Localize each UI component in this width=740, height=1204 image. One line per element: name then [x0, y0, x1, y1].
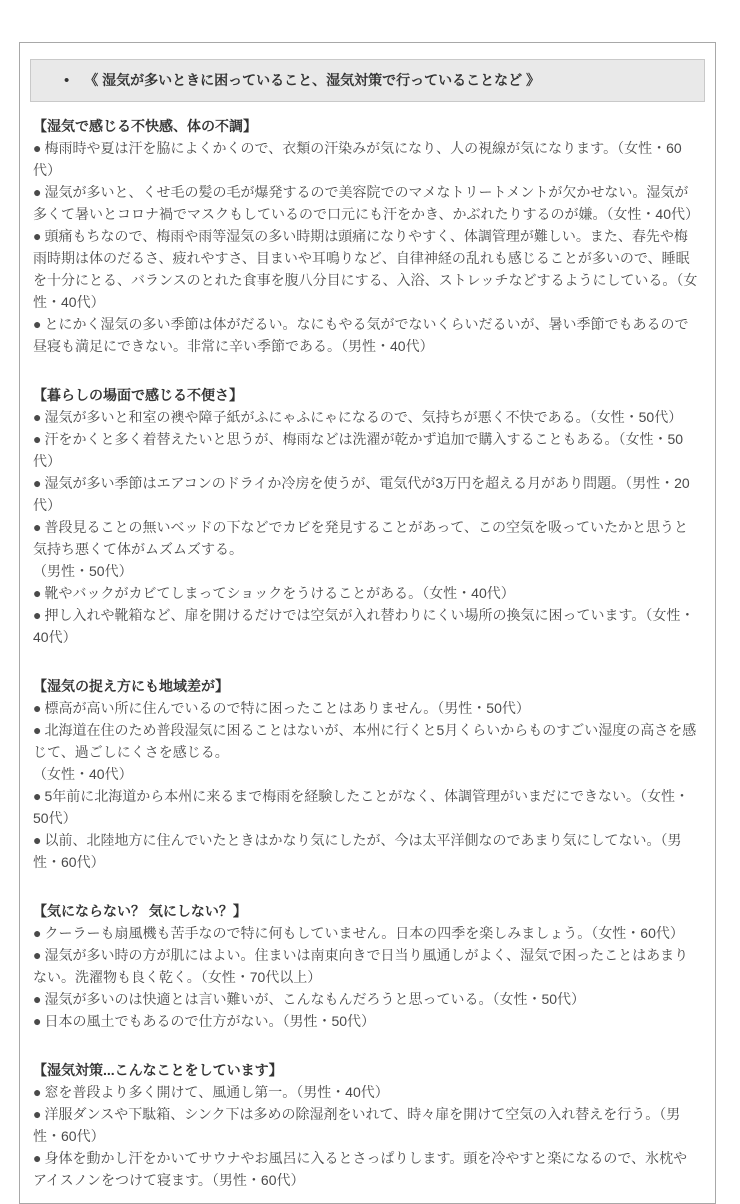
- comment-text: 汗をかくと多く着替えたいと思うが、梅雨などは洗濯が乾かず追加で購入することもある…: [33, 431, 683, 469]
- bullet-icon: ●: [33, 722, 41, 738]
- comment-text: クーラーも扇風機も苦手なので特に何もしていません。日本の四季を楽しみましょう。（…: [44, 925, 683, 941]
- section-heading: 【気にならない？ 気にしない？】: [33, 900, 701, 922]
- comment-item: ●湿気が多いと、くせ毛の髪の毛が爆発するので美容院でのマメなトリートメントが欠か…: [33, 181, 701, 225]
- comment-text: 梅雨時や夏は汗を脇によくかくので、衣類の汗染みが気になり、人の視線が気になります…: [33, 140, 682, 178]
- section-items: ●梅雨時や夏は汗を脇によくかくので、衣類の汗染みが気になり、人の視線が気になりま…: [33, 137, 701, 357]
- section-heading: 【湿気の捉え方にも地域差が】: [33, 675, 701, 697]
- bullet-icon: ●: [33, 585, 41, 601]
- comment-text: 頭痛もちなので、梅雨や雨等湿気の多い時期は頭痛になりやすく、体調管理が難しい。ま…: [33, 228, 697, 310]
- panel-title: 《 湿気が多いときに困っていること、湿気対策で行っていることなど 》: [84, 71, 540, 90]
- bullet-icon: ●: [33, 832, 41, 848]
- section-items: ●湿気が多いと和室の襖や障子紙がふにゃふにゃになるので、気持ちが悪く不快である。…: [33, 406, 701, 648]
- survey-comments-panel: • 《 湿気が多いときに困っていること、湿気対策で行っていることなど 》 【湿気…: [19, 42, 716, 1204]
- comment-item: ●クーラーも扇風機も苦手なので特に何もしていません。日本の四季を楽しみましょう。…: [33, 922, 701, 944]
- sections-container: 【湿気で感じる不快感、体の不調】 ●梅雨時や夏は汗を脇によくかくので、衣類の汗染…: [30, 102, 705, 1191]
- comment-item: ●以前、北陸地方に住んでいたときはかなり気にしたが、今は太平洋側なのであまり気に…: [33, 829, 701, 873]
- comment-text: 以前、北陸地方に住んでいたときはかなり気にしたが、今は太平洋側なのであまり気にし…: [33, 832, 681, 870]
- comment-section: 【暮らしの場面で感じる不便さ】 ●湿気が多いと和室の襖や障子紙がふにゃふにゃにな…: [33, 384, 701, 648]
- bullet-icon: ●: [33, 925, 41, 941]
- comment-text: 窓を普段より多く開けて、風通し第一。（男性・40代）: [44, 1084, 388, 1100]
- comment-text: 押し入れや靴箱など、扉を開けるだけでは空気が入れ替わりにくい場所の換気に困ってい…: [33, 607, 694, 645]
- section-heading: 【湿気で感じる不快感、体の不調】: [33, 115, 701, 137]
- comment-text: 身体を動かし汗をかいてサウナやお風呂に入るとさっぱりします。頭を冷やすと楽になる…: [33, 1150, 687, 1188]
- comment-text: 5年前に北海道から本州に来るまで梅雨を経験したことがなく、体調管理がいまだにでき…: [33, 788, 689, 826]
- bullet-icon: ●: [33, 316, 41, 332]
- comment-item: ●普段見ることの無いベッドの下などでカビを発見することがあって、この空気を吸って…: [33, 516, 701, 582]
- comment-text: 湿気が多い季節はエアコンのドライか冷房を使うが、電気代が3万円を超える月があり問…: [33, 475, 690, 513]
- section-items: ●クーラーも扇風機も苦手なので特に何もしていません。日本の四季を楽しみましょう。…: [33, 922, 701, 1032]
- comment-item: ●標高が高い所に住んでいるので特に困ったことはありません。（男性・50代）: [33, 697, 701, 719]
- comment-text: 靴やバックがカビてしまってショックをうけることがある。（女性・40代）: [44, 585, 514, 601]
- bullet-icon: ●: [33, 991, 41, 1007]
- comment-section: 【気にならない？ 気にしない？】 ●クーラーも扇風機も苦手なので特に何もしていま…: [33, 900, 701, 1032]
- section-items: ●標高が高い所に住んでいるので特に困ったことはありません。（男性・50代） ●北…: [33, 697, 701, 873]
- section-heading: 【湿気対策...こんなことをしています】: [33, 1059, 701, 1081]
- bullet-icon: ●: [33, 1084, 41, 1100]
- bullet-icon: ●: [33, 228, 41, 244]
- comment-item: ●靴やバックがカビてしまってショックをうけることがある。（女性・40代）: [33, 582, 701, 604]
- comment-section: 【湿気対策...こんなことをしています】 ●窓を普段より多く開けて、風通し第一。…: [33, 1059, 701, 1191]
- comment-text: 湿気が多いと和室の襖や障子紙がふにゃふにゃになるので、気持ちが悪く不快である。（…: [44, 409, 682, 425]
- bullet-icon: ●: [33, 184, 41, 200]
- comment-item: ●とにかく湿気の多い季節は体がだるい。なにもやる気がでないくらいだるいが、暑い季…: [33, 313, 701, 357]
- bullet-icon: ●: [33, 947, 41, 963]
- list-bullet-icon: •: [64, 73, 69, 88]
- comment-item: ●湿気が多いと和室の襖や障子紙がふにゃふにゃになるので、気持ちが悪く不快である。…: [33, 406, 701, 428]
- comment-item: ●湿気が多いのは快適とは言い難いが、こんなもんだろうと思っている。（女性・50代…: [33, 988, 701, 1010]
- bullet-icon: ●: [33, 607, 41, 623]
- bullet-icon: ●: [33, 140, 41, 156]
- bullet-icon: ●: [33, 700, 41, 716]
- bullet-icon: ●: [33, 1106, 41, 1122]
- comment-text: 普段見ることの無いベッドの下などでカビを発見することがあって、この空気を吸ってい…: [33, 519, 688, 579]
- comment-item: ●汗をかくと多く着替えたいと思うが、梅雨などは洗濯が乾かず追加で購入することもあ…: [33, 428, 701, 472]
- bullet-icon: ●: [33, 1150, 41, 1166]
- comment-item: ●日本の風土でもあるので仕方がない。（男性・50代）: [33, 1010, 701, 1032]
- comment-text: とにかく湿気の多い季節は体がだるい。なにもやる気がでないくらいだるいが、暑い季節…: [33, 316, 688, 354]
- section-heading: 【暮らしの場面で感じる不便さ】: [33, 384, 701, 406]
- comment-item: ●5年前に北海道から本州に来るまで梅雨を経験したことがなく、体調管理がいまだにで…: [33, 785, 701, 829]
- comment-item: ●湿気が多い季節はエアコンのドライか冷房を使うが、電気代が3万円を超える月があり…: [33, 472, 701, 516]
- comment-text: 標高が高い所に住んでいるので特に困ったことはありません。（男性・50代）: [44, 700, 529, 716]
- comment-item: ●窓を普段より多く開けて、風通し第一。（男性・40代）: [33, 1081, 701, 1103]
- comment-text: 日本の風土でもあるので仕方がない。（男性・50代）: [44, 1013, 375, 1029]
- comment-text: 洋服ダンスや下駄箱、シンク下は多めの除湿剤をいれて、時々扉を開けて空気の入れ替え…: [33, 1106, 680, 1144]
- section-items: ●窓を普段より多く開けて、風通し第一。（男性・40代） ●洋服ダンスや下駄箱、シ…: [33, 1081, 701, 1191]
- comment-text: 湿気が多いと、くせ毛の髪の毛が爆発するので美容院でのマメなトリートメントが欠かせ…: [33, 184, 699, 222]
- bullet-icon: ●: [33, 1013, 41, 1029]
- comment-item: ●北海道在住のため普段湿気に困ることはないが、本州に行くと5月くらいからものすご…: [33, 719, 701, 785]
- comment-text: 北海道在住のため普段湿気に困ることはないが、本州に行くと5月くらいからものすごい…: [33, 722, 696, 782]
- bullet-icon: ●: [33, 519, 41, 535]
- comment-item: ●頭痛もちなので、梅雨や雨等湿気の多い時期は頭痛になりやすく、体調管理が難しい。…: [33, 225, 701, 313]
- bullet-icon: ●: [33, 409, 41, 425]
- bullet-icon: ●: [33, 475, 41, 491]
- comment-item: ●梅雨時や夏は汗を脇によくかくので、衣類の汗染みが気になり、人の視線が気になりま…: [33, 137, 701, 181]
- comment-item: ●洋服ダンスや下駄箱、シンク下は多めの除湿剤をいれて、時々扉を開けて空気の入れ替…: [33, 1103, 701, 1147]
- comment-section: 【湿気で感じる不快感、体の不調】 ●梅雨時や夏は汗を脇によくかくので、衣類の汗染…: [33, 115, 701, 357]
- comment-item: ●身体を動かし汗をかいてサウナやお風呂に入るとさっぱりします。頭を冷やすと楽にな…: [33, 1147, 701, 1191]
- comment-text: 湿気が多い時の方が肌にはよい。住まいは南東向きで日当り風通しがよく、湿気で困った…: [33, 947, 688, 985]
- panel-title-bar: • 《 湿気が多いときに困っていること、湿気対策で行っていることなど 》: [30, 59, 705, 102]
- comment-section: 【湿気の捉え方にも地域差が】 ●標高が高い所に住んでいるので特に困ったことはあり…: [33, 675, 701, 873]
- bullet-icon: ●: [33, 431, 41, 447]
- comment-item: ●押し入れや靴箱など、扉を開けるだけでは空気が入れ替わりにくい場所の換気に困って…: [33, 604, 701, 648]
- bullet-icon: ●: [33, 788, 41, 804]
- comment-item: ●湿気が多い時の方が肌にはよい。住まいは南東向きで日当り風通しがよく、湿気で困っ…: [33, 944, 701, 988]
- comment-text: 湿気が多いのは快適とは言い難いが、こんなもんだろうと思っている。（女性・50代）: [44, 991, 585, 1007]
